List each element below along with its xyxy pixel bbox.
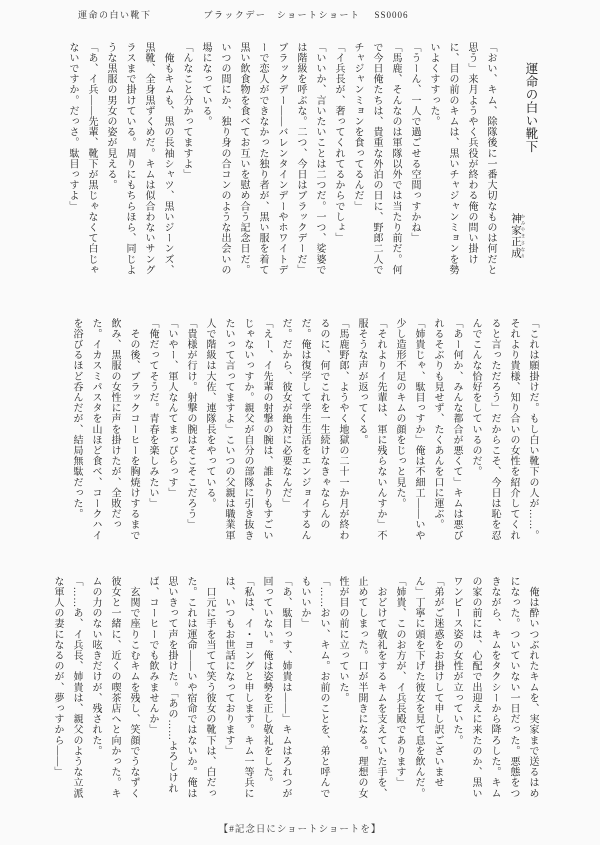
body-text-tier-1: 「おい、キム、除隊後に一番大切なものは何だと思う」来月ようやく兵役が終わる俺の問… bbox=[58, 42, 500, 282]
story-paragraph: 「んなこと分かってますよ」 bbox=[177, 42, 196, 282]
story-paragraph: 「いやー、軍人なんてまっぴらっす」 bbox=[162, 318, 181, 542]
story-paragraph: 「うーん、一人で過ごせる空間っすかね」 bbox=[405, 42, 424, 282]
story-paragraph: おどけて敬礼をするキムを支えていた手を、止めてしまった。口が半開きになる。理想の… bbox=[333, 576, 390, 802]
story-paragraph: 「姉貴、このお方が、イ兵長殿であります」 bbox=[390, 576, 409, 802]
header-story-title: 運命の白い靴下 bbox=[78, 10, 152, 20]
story-paragraph: 「それよりイ先輩は、軍に残らないんすか」不服そうな声が返ってくる。 bbox=[352, 318, 390, 542]
author-name: 神家正成かみやまさなり bbox=[510, 213, 521, 259]
story-paragraph: 「これは願掛けだ。もし白い靴下の人が……。それより貴様、知り合いの女性を紹介して… bbox=[466, 318, 542, 542]
header-theme-label: ブラックデー ショートショート bbox=[204, 10, 361, 20]
story-paragraph: 「弟がご迷惑をお掛けして申し訳ございません」丁寧に頭を下げた彼女を見て息を飲んだ… bbox=[409, 576, 447, 802]
story-paragraph: 「俺だってそうだ。青春を楽しみたい」 bbox=[143, 318, 162, 542]
story-paragraph: 「……あ、イ兵長、姉貴は、親父のような立派な軍人の妻になるのが、夢っすから――」 bbox=[48, 576, 86, 802]
story-paragraph: 「えー、イ先輩の射撃の腕は、誰よりもすごいじゃないっすか。親父が自分の部隊に引き… bbox=[200, 318, 276, 542]
story-paragraph: 「……おい、キム。お前のことを、弟と呼んでもいいか」 bbox=[295, 576, 333, 802]
story-paragraph: 「姉貴じゃ、駄目っすか」俺は不細工――いや少し造形不足のキムの顔をじっと見た。 bbox=[390, 318, 428, 542]
story-paragraph: 「馬鹿野郎、ようやく地獄の二十一か月が終わるのに、何でこれを一生続けなきゃならん… bbox=[276, 318, 352, 542]
author-furigana: かみやまさなり bbox=[521, 213, 526, 259]
story-title: 運命の白い靴下 bbox=[522, 62, 540, 153]
story-paragraph: 俺は酔いつぶれたキムを、実家まで送るはめになった。ついていない一日だった。悪態を… bbox=[447, 576, 542, 802]
story-paragraph: 玄関で座りこむキムを残し、笑顔でうなずく彼女と一緒に、近くの喫茶店へと向かった。… bbox=[86, 576, 143, 802]
story-paragraph: 「おい、キム、除隊後に一番大切なものは何だと思う」来月ようやく兵役が終わる俺の問… bbox=[424, 42, 500, 282]
story-paragraph: 「あ、イ兵――先輩、靴下が黒じゃなくて白じゃないですか。だっさ。駄目っすよ」 bbox=[63, 42, 101, 282]
story-paragraph: 口元に手を当てて笑う彼女の靴下は、白だった。これは運命――いや宿命ではないか。俺… bbox=[143, 576, 219, 802]
story-paragraph: 「イ兵長が、奢ってくれてるからでしょ」 bbox=[329, 42, 348, 282]
body-text-tier-2: 「これは願掛けだ。もし白い靴下の人が……。それより貴様、知り合いの女性を紹介して… bbox=[58, 318, 542, 542]
running-header: 運命の白い靴下ブラックデー ショートショートSS0006 bbox=[78, 8, 560, 21]
story-paragraph: 「あ、駄目っす、姉貴は――」キムはろれつが回っていない。俺は姿勢を正し敬礼をした… bbox=[257, 576, 295, 802]
body-text-tier-3: 俺は酔いつぶれたキムを、実家まで送るはめになった。ついていない一日だった。悪態を… bbox=[58, 576, 542, 802]
author-name-block: 神家正成かみやまさなり bbox=[508, 213, 526, 259]
header-story-number: SS0006 bbox=[374, 10, 408, 20]
story-paragraph: 「私は、イ・ヨングと申します。キム一等兵には、いつもお世話になっております」 bbox=[219, 576, 257, 802]
story-paragraph: その後、ブラックコーヒーを胸焼けするまで飲み、黒服の女性に声を掛けたが、全敗だっ… bbox=[67, 318, 143, 542]
footer-hashtag: 【#記念日にショートショートを】 bbox=[0, 821, 600, 835]
story-paragraph: 「いいか、言いたいことは二つだ。一つ、娑婆では階級を呼ぶな。二つ、今日はブラック… bbox=[196, 42, 329, 282]
story-paragraph: 「馬鹿、そんなのは軍隊以外では当たり前だ。何で今日俺たちは、貴重な外泊の日に、野… bbox=[348, 42, 405, 282]
story-paragraph: 「あー何か、みんな都合が悪くて」キムは悪びれるそぶりも見せず、たくあんを口に運ぶ… bbox=[428, 318, 466, 542]
story-paragraph: 俺もキムも、黒の長袖シャツ、黒いジーンズ、黒靴、全身黒ずくめだ。キムは似合わない… bbox=[101, 42, 177, 282]
story-paragraph: 「貴様が行け。射撃の腕はそこそこだろう」 bbox=[181, 318, 200, 542]
